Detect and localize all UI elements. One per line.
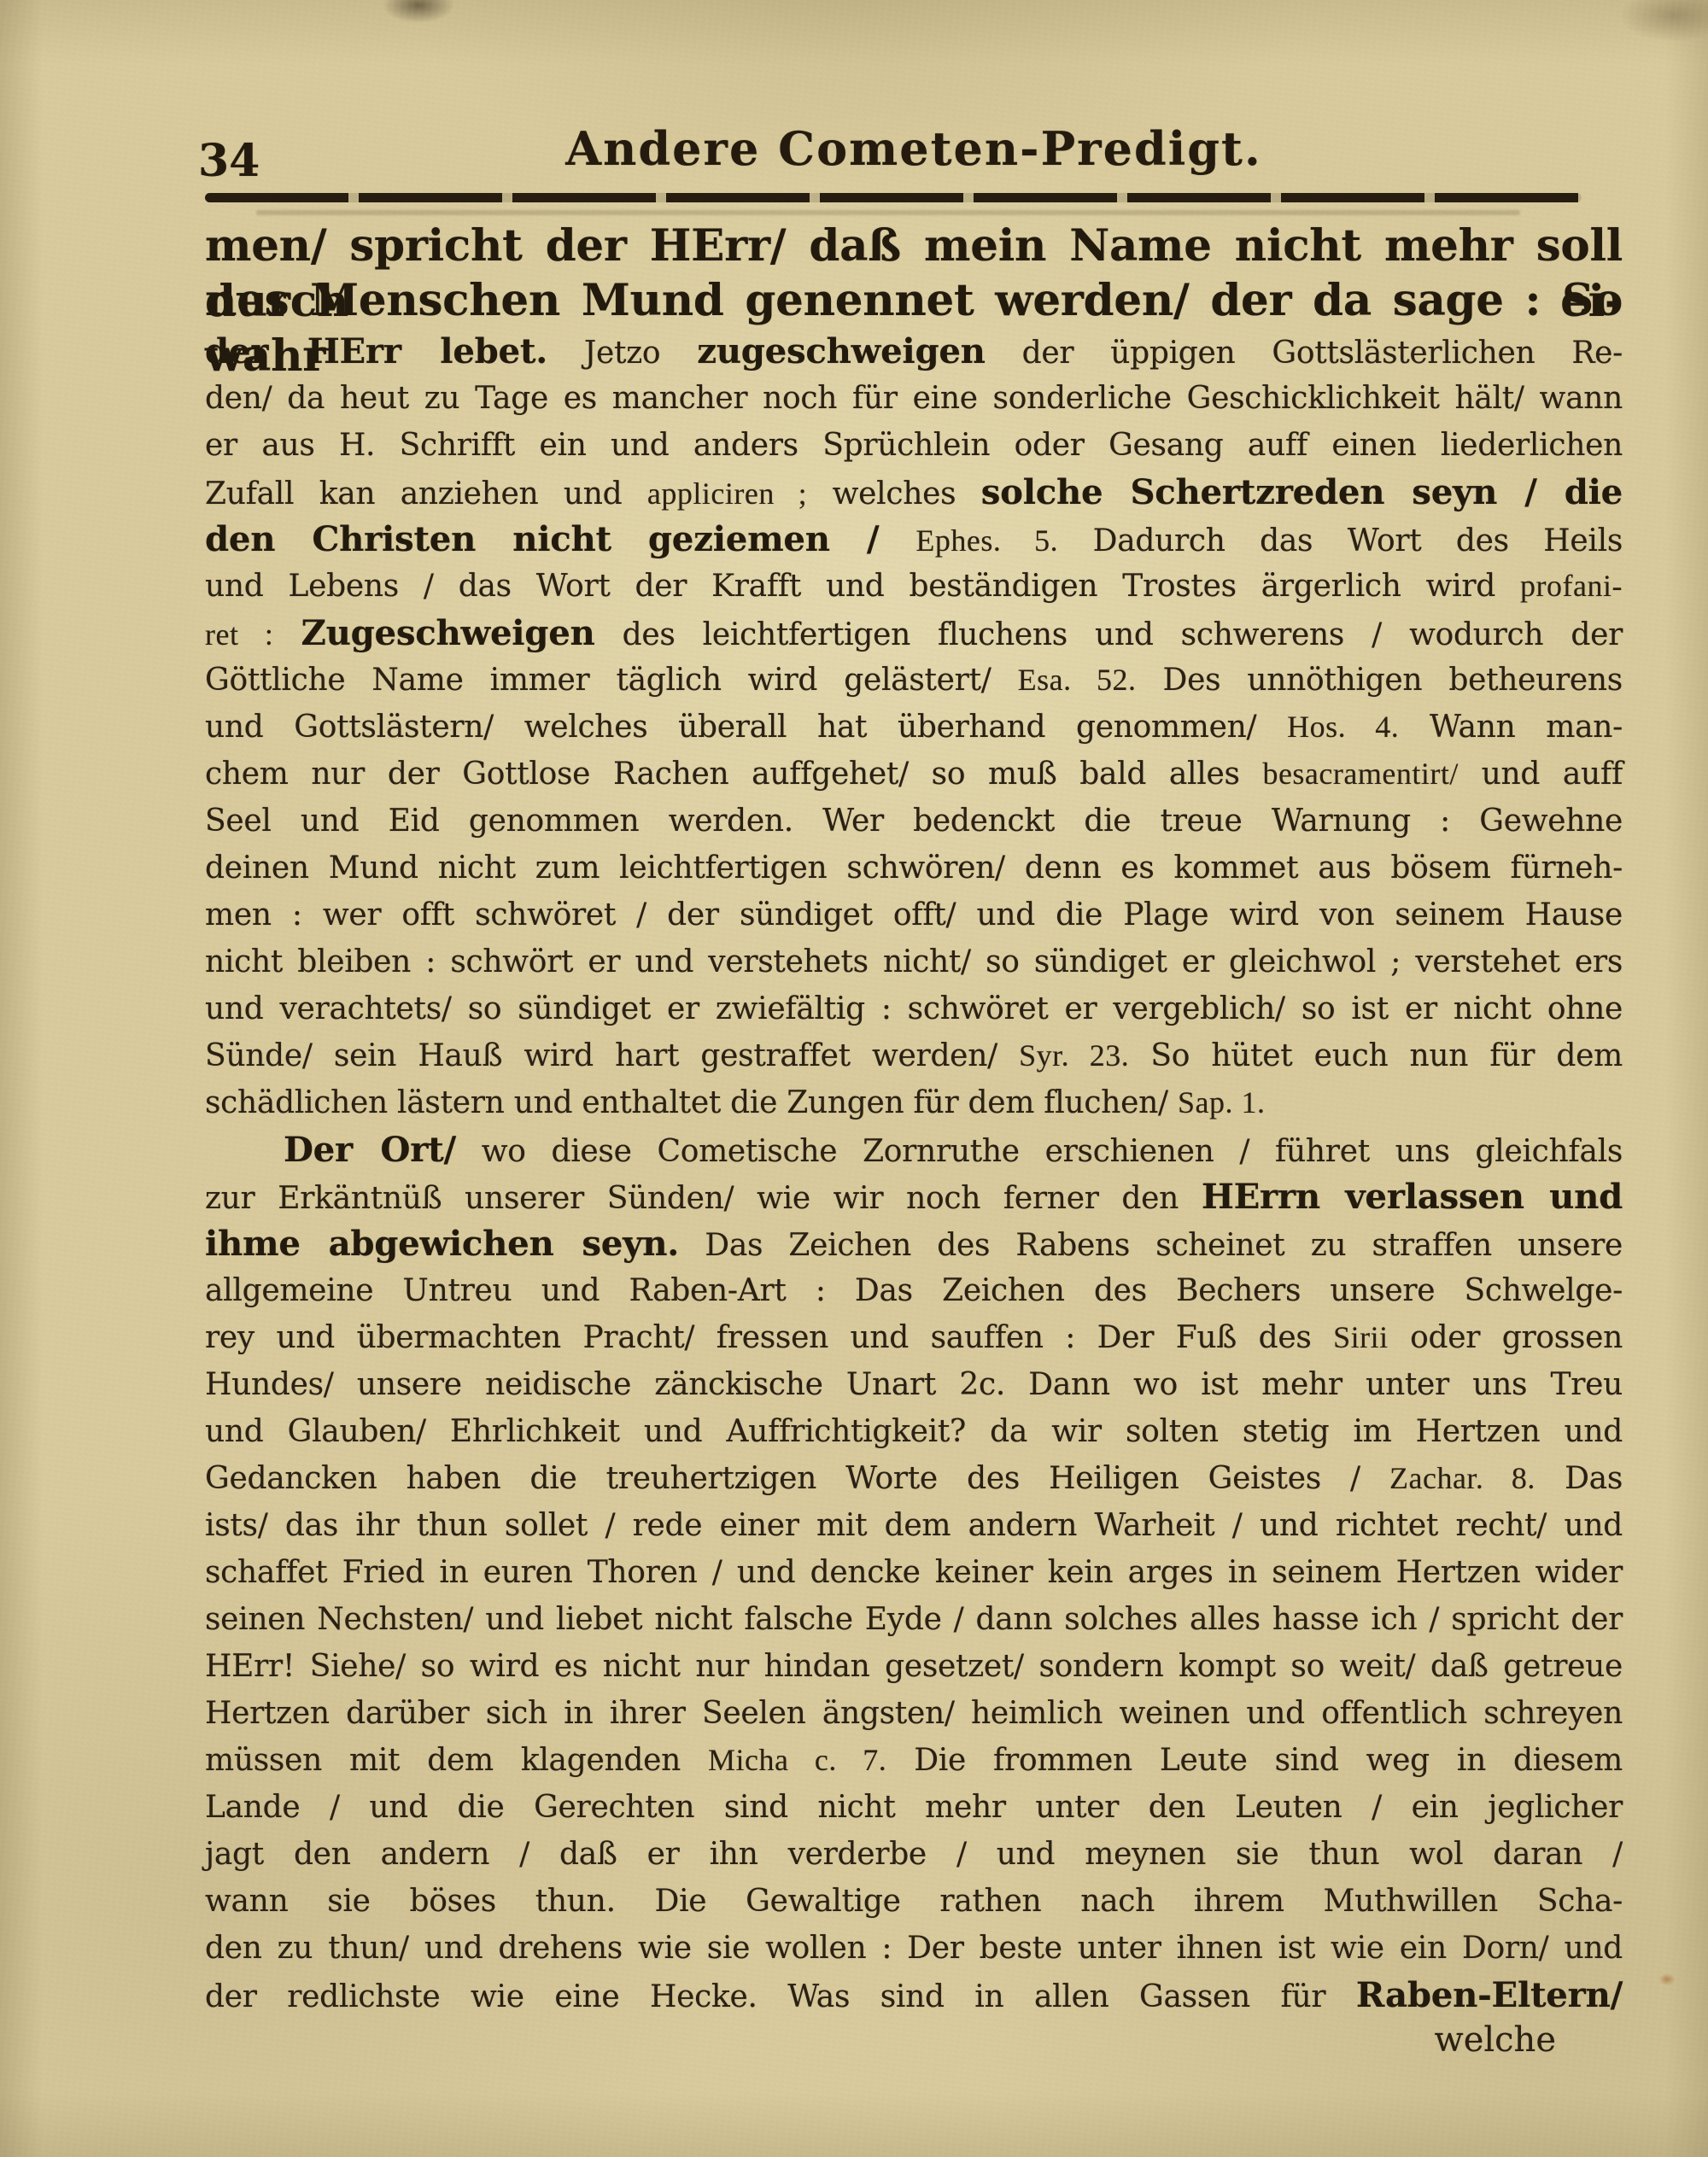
- text-segment: Zugeschweigen: [301, 612, 595, 653]
- text-segment: Dadurch das Wort des Heils: [1058, 523, 1623, 558]
- text-line: rey und übermachten Pracht/ fressen und …: [205, 1314, 1623, 1361]
- text-segment: oder grossen: [1389, 1320, 1623, 1355]
- text-segment: deinen Mund nicht zum leichtfertigen sch…: [205, 851, 1623, 886]
- text-segment: Syr. 23.: [1019, 1038, 1129, 1073]
- text-segment: welches: [807, 476, 981, 511]
- text-line: HErr! Siehe/ so wird es nicht nur hindan…: [205, 1643, 1623, 1690]
- text-segment: den Christen nicht geziemen /: [205, 518, 915, 559]
- body-text-block: men/ spricht der HErr/ daß mein Name nic…: [205, 219, 1623, 2019]
- text-segment: Die frommen Leute sind weg in diesem: [886, 1743, 1623, 1778]
- text-line: Zufall kan anziehen und appliciren ; wel…: [205, 469, 1623, 516]
- text-line: und Lebens / das Wort der Krafft und bes…: [205, 563, 1623, 610]
- catchword: welche: [1434, 2020, 1556, 2060]
- text-line: schädlichen lästern und enthaltet die Zu…: [205, 1079, 1623, 1126]
- text-segment: Seel und Eid genommen werden. Wer bedenc…: [205, 804, 1623, 839]
- text-segment: zugeschweigen: [697, 330, 986, 371]
- text-segment: der redlichste wie eine Hecke. Was sind …: [205, 1979, 1356, 2014]
- text-segment: Hundes/ unsere neidische zänckische Unar…: [205, 1367, 1623, 1402]
- text-segment: chem nur der Gottlose Rachen auffgehet/ …: [205, 757, 1262, 792]
- text-segment: und Gottslästern/ welches überall hat üb…: [205, 710, 1287, 745]
- text-line: chem nur der Gottlose Rachen auffgehet/ …: [205, 751, 1623, 798]
- text-segment: müssen mit dem klagenden: [205, 1743, 708, 1778]
- text-segment: Sirii: [1333, 1320, 1389, 1354]
- text-line: men : wer offt schwöret / der sündiget o…: [205, 891, 1623, 938]
- text-segment: Göttliche Name immer täglich wird geläst…: [205, 663, 1018, 698]
- text-line: jagt den andern / daß er ihn verderbe / …: [205, 1831, 1623, 1878]
- text-segment: Sünde/ sein Hauß wird hart gestraffet we…: [205, 1038, 1019, 1073]
- text-line: und Gottslästern/ welches überall hat üb…: [205, 704, 1623, 751]
- text-segment: den zu thun/ und drehens wie sie wollen …: [205, 1931, 1623, 1966]
- text-line: und verachtets/ so sündiget er zwiefälti…: [205, 985, 1623, 1032]
- text-segment: profani-: [1520, 569, 1623, 603]
- text-segment: der üppigen Gottslästerlichen Re-: [986, 336, 1623, 371]
- text-line: ihme abgewichen seyn. Das Zeichen des Ra…: [205, 1220, 1623, 1267]
- text-line: nicht bleiben : schwört er und verstehet…: [205, 938, 1623, 985]
- text-line: allgemeine Untreu und Raben-Art : Das Ze…: [205, 1267, 1623, 1314]
- text-segment: der HErr lebet.: [205, 330, 547, 371]
- text-segment: HErrn verlassen und: [1202, 1176, 1623, 1217]
- text-line: ists/ das ihr thun sollet / rede einer m…: [205, 1502, 1623, 1549]
- text-line: ret : Zugeschweigen des leichtfertigen f…: [205, 610, 1623, 657]
- text-line: Hundes/ unsere neidische zänckische Unar…: [205, 1361, 1623, 1408]
- text-line: den zu thun/ und drehens wie sie wollen …: [205, 1925, 1623, 1972]
- text-segment: Jetzo: [547, 336, 697, 371]
- text-segment: des leichtfertigen fluchens und schweren…: [595, 617, 1623, 652]
- text-segment: Micha c. 7.: [708, 1743, 886, 1777]
- text-line: deinen Mund nicht zum leichtfertigen sch…: [205, 845, 1623, 891]
- text-line: den Christen nicht geziemen / Ephes. 5. …: [205, 516, 1623, 563]
- text-segment: wo diese Cometische Zornruthe erschienen…: [456, 1134, 1623, 1169]
- text-line: Gedancken haben die treuhertzigen Worte …: [205, 1455, 1623, 1502]
- text-segment: Das: [1535, 1461, 1623, 1496]
- text-line: Seel und Eid genommen werden. Wer bedenc…: [205, 798, 1623, 845]
- text-segment: seinen Nechsten/ und liebet nicht falsch…: [205, 1602, 1623, 1637]
- text-segment: Lande / und die Gerechten sind nicht meh…: [205, 1790, 1623, 1825]
- text-line: Göttliche Name immer täglich wird geläst…: [205, 657, 1623, 704]
- text-segment: So hütet euch nun für dem: [1129, 1038, 1623, 1073]
- running-header-title: Andere Cometen-Predigt.: [205, 121, 1623, 176]
- text-segment: wann sie böses thun. Die Gewaltige rathe…: [205, 1884, 1623, 1919]
- text-segment: Das Zeichen des Rabens scheinet zu straf…: [679, 1228, 1623, 1263]
- text-segment: Des unnöthigen betheurens: [1137, 663, 1623, 698]
- text-segment: ret :: [205, 617, 273, 652]
- text-segment: nicht bleiben : schwört er und verstehet…: [205, 944, 1623, 979]
- text-segment: Esa. 52.: [1018, 663, 1137, 697]
- text-segment: jagt den andern / daß er ihn verderbe / …: [205, 1837, 1623, 1872]
- text-line: schaffet Fried in euren Thoren / und den…: [205, 1549, 1623, 1596]
- text-segment: HErr! Siehe/ so wird es nicht nur hindan…: [205, 1649, 1623, 1684]
- text-segment: besacramentirt/: [1262, 757, 1458, 791]
- text-segment: Ephes. 5.: [915, 523, 1058, 558]
- text-segment: schaffet Fried in euren Thoren / und den…: [205, 1555, 1623, 1590]
- text-segment: solche Schertzreden seyn / die: [981, 471, 1623, 512]
- header-rule-smudge: [256, 210, 1520, 215]
- text-segment: Zachar. 8.: [1389, 1461, 1535, 1495]
- text-segment: ihme abgewichen seyn.: [205, 1223, 679, 1264]
- text-segment: Hertzen darüber sich in ihrer Seelen äng…: [205, 1696, 1623, 1731]
- text-segment: schädlichen lästern und enthaltet die Zu…: [205, 1085, 1178, 1120]
- text-segment: Raben-Eltern/: [1356, 1974, 1623, 2015]
- text-segment: [273, 617, 301, 652]
- text-segment: Sap. 1.: [1178, 1085, 1266, 1119]
- text-segment: und Lebens / das Wort der Krafft und bes…: [205, 569, 1520, 604]
- text-segment: und auff: [1459, 757, 1623, 792]
- text-segment: allgemeine Untreu und Raben-Art : Das Ze…: [205, 1273, 1623, 1308]
- text-segment: den/ da heut zu Tage es mancher noch für…: [205, 381, 1623, 416]
- text-line: der HErr lebet. Jetzo zugeschweigen der …: [205, 328, 1623, 375]
- text-segment: er aus H. Schrifft ein und anders Sprüch…: [205, 428, 1623, 463]
- text-segment: und Glauben/ Ehrlichkeit und Auffrichtig…: [205, 1414, 1623, 1449]
- text-line: seinen Nechsten/ und liebet nicht falsch…: [205, 1596, 1623, 1643]
- text-segment: appliciren ;: [647, 476, 807, 511]
- text-line: wann sie böses thun. Die Gewaltige rathe…: [205, 1878, 1623, 1925]
- text-segment: und verachtets/ so sündiget er zwiefälti…: [205, 991, 1623, 1026]
- text-line: und Glauben/ Ehrlichkeit und Auffrichtig…: [205, 1408, 1623, 1455]
- text-line: den/ da heut zu Tage es mancher noch für…: [205, 375, 1623, 422]
- text-line: er aus H. Schrifft ein und anders Sprüch…: [205, 422, 1623, 469]
- text-segment: rey und übermachten Pracht/ fressen und …: [205, 1320, 1333, 1355]
- text-segment: Wann man-: [1399, 710, 1623, 745]
- text-line: Sünde/ sein Hauß wird hart gestraffet we…: [205, 1032, 1623, 1079]
- text-segment: Hos. 4.: [1287, 710, 1399, 744]
- text-line: zur Erkäntnüß unserer Sünden/ wie wir no…: [205, 1173, 1623, 1220]
- text-line: men/ spricht der HErr/ daß mein Name nic…: [205, 219, 1623, 273]
- text-line: müssen mit dem klagenden Micha c. 7. Die…: [205, 1737, 1623, 1784]
- text-segment: zur Erkäntnüß unserer Sünden/ wie wir no…: [205, 1181, 1202, 1216]
- text-segment: ists/ das ihr thun sollet / rede einer m…: [205, 1508, 1623, 1543]
- text-segment: Zufall kan anziehen und: [205, 476, 647, 511]
- header-rule: [205, 193, 1582, 202]
- text-line: der redlichste wie eine Hecke. Was sind …: [205, 1972, 1623, 2019]
- text-segment: men : wer offt schwöret / der sündiget o…: [205, 897, 1623, 932]
- text-line: Lande / und die Gerechten sind nicht meh…: [205, 1784, 1623, 1831]
- text-line: Hertzen darüber sich in ihrer Seelen äng…: [205, 1690, 1623, 1737]
- text-line: nes Menschen Mund genennet werden/ der d…: [205, 273, 1623, 328]
- text-segment: Gedancken haben die treuhertzigen Worte …: [205, 1461, 1389, 1496]
- text-segment: Der Ort/: [284, 1129, 456, 1170]
- text-line: Der Ort/ wo diese Cometische Zornruthe e…: [205, 1126, 1623, 1173]
